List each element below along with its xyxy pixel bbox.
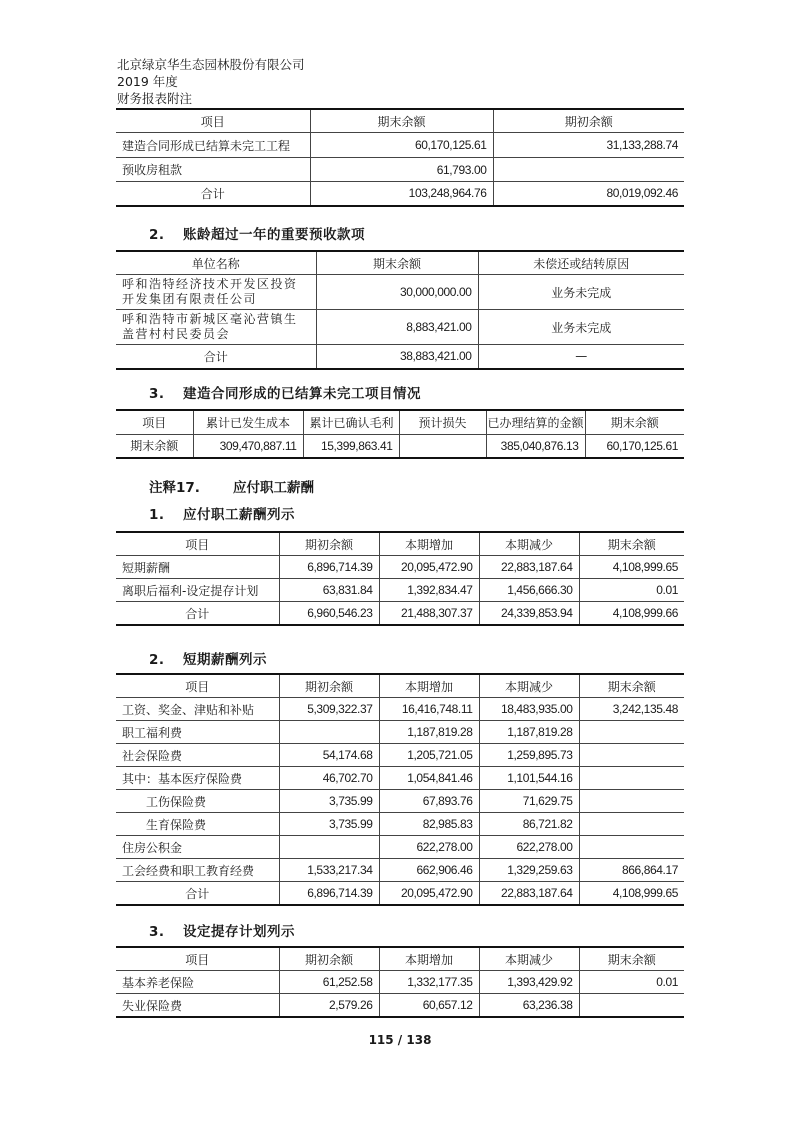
table-row: 基本养老保险 61,252.58 1,332,177.35 1,393,429.…: [116, 971, 684, 994]
table-header-row: 项目 期初余额 本期增加 本期减少 期末余额: [116, 947, 684, 971]
table-row: 期末余额 309,470,887.11 15,399,863.41 385,04…: [116, 434, 684, 458]
cell-value: 1,054,841.46: [379, 767, 479, 790]
short-term-payroll-table: 项目 期初余额 本期增加 本期减少 期末余额 工资、奖金、津贴和补贴 5,309…: [116, 673, 684, 906]
section-number: 1.: [149, 507, 183, 523]
col-header: 本期增加: [379, 674, 479, 698]
cell-value: [399, 434, 486, 458]
section-heading: 3.建造合同形成的已结算未完工项目情况: [149, 382, 421, 402]
table-row: 呼和浩特经济技术开发区投资开发集团有限责任公司 30,000,000.00 业务…: [116, 275, 684, 310]
table-row: 建造合同形成已结算未完工工程 60,170,125.61 31,133,288.…: [116, 133, 684, 158]
cell-value: 38,883,421.00: [316, 345, 478, 369]
cell-value: 2,579.26: [279, 994, 379, 1018]
col-header: 已办理结算的金额: [486, 410, 585, 434]
table-header-row: 项目 期初余额 本期增加 本期减少 期末余额: [116, 532, 684, 556]
col-header: 期初余额: [279, 532, 379, 556]
col-header: 单位名称: [116, 251, 316, 275]
row-label: 其中：基本医疗保险费: [116, 767, 279, 790]
row-label: 社会保险费: [116, 744, 279, 767]
cell-value: 1,205,721.05: [379, 744, 479, 767]
company-name: 北京绿京华生态园林股份有限公司: [117, 57, 305, 73]
cell-value: 5,309,322.37: [279, 698, 379, 721]
table-row: 职工福利费 1,187,819.28 1,187,819.28: [116, 721, 684, 744]
col-header: 期末余额: [585, 410, 684, 434]
cell-value: [579, 744, 684, 767]
cell-value: 业务未完成: [478, 275, 684, 310]
cell-value: 1,259,895.73: [479, 744, 579, 767]
cell-value: 63,236.38: [479, 994, 579, 1018]
row-label: 基本养老保险: [116, 971, 279, 994]
cell-value: 3,735.99: [279, 790, 379, 813]
cell-value: 622,278.00: [479, 836, 579, 859]
cell-value: 6,896,714.39: [279, 882, 379, 906]
table-row: 离职后福利-设定提存计划 63,831.84 1,392,834.47 1,45…: [116, 579, 684, 602]
col-header: 预计损失: [399, 410, 486, 434]
cell-value: 1,187,819.28: [479, 721, 579, 744]
table-row: 预收房租款 61,793.00: [116, 158, 684, 182]
table-row: 短期薪酬 6,896,714.39 20,095,472.90 22,883,1…: [116, 556, 684, 579]
col-header: 期初余额: [493, 109, 684, 133]
document-page: 北京绿京华生态园林股份有限公司 2019 年度 财务报表附注 项目 期末余额 期…: [0, 0, 800, 1130]
col-header: 本期减少: [479, 532, 579, 556]
cell-value: [579, 813, 684, 836]
section-number: 3.: [149, 924, 183, 940]
row-label: 建造合同形成已结算未完工工程: [116, 133, 310, 158]
col-header: 期末余额: [579, 532, 684, 556]
section-heading: 2.账龄超过一年的重要预收款项: [149, 223, 365, 243]
table-header-row: 项目 期末余额 期初余额: [116, 109, 684, 133]
cell-value: 1,329,259.63: [479, 859, 579, 882]
row-label: 合计: [116, 882, 279, 906]
cell-value: 6,896,714.39: [279, 556, 379, 579]
cell-value: 61,252.58: [279, 971, 379, 994]
cell-value: 86,721.82: [479, 813, 579, 836]
cell-value: 22,883,187.64: [479, 882, 579, 906]
cell-value: 8,883,421.00: [316, 310, 478, 345]
cell-value: [579, 836, 684, 859]
cell-value: 6,960,546.23: [279, 602, 379, 626]
cell-value: 1,393,429.92: [479, 971, 579, 994]
col-header: 项目: [116, 109, 310, 133]
col-header: 本期减少: [479, 674, 579, 698]
row-label: 生育保险费: [116, 813, 279, 836]
section-title: 短期薪酬列示: [183, 652, 267, 668]
cell-value: 业务未完成: [478, 310, 684, 345]
page-number: 115 / 138: [0, 1033, 800, 1047]
table-total-row: 合计 38,883,421.00 —: [116, 345, 684, 369]
table-header-row: 项目 累计已发生成本 累计已确认毛利 预计损失 已办理结算的金额 期末余额: [116, 410, 684, 434]
row-label: 合计: [116, 182, 310, 206]
cell-value: 71,629.75: [479, 790, 579, 813]
cell-value: 1,332,177.35: [379, 971, 479, 994]
cell-value: 103,248,964.76: [310, 182, 493, 206]
defined-contribution-table: 项目 期初余额 本期增加 本期减少 期末余额 基本养老保险 61,252.58 …: [116, 946, 684, 1018]
cell-value: 4,108,999.65: [579, 882, 684, 906]
col-header: 本期增加: [379, 532, 479, 556]
cell-value: 4,108,999.65: [579, 556, 684, 579]
cell-value: 24,339,853.94: [479, 602, 579, 626]
cell-value: [279, 836, 379, 859]
cell-value: 1,533,217.34: [279, 859, 379, 882]
section-number: 2.: [149, 652, 183, 668]
col-header: 项目: [116, 532, 279, 556]
cell-value: 20,095,472.90: [379, 556, 479, 579]
cell-value: [579, 721, 684, 744]
table-header-row: 项目 期初余额 本期增加 本期减少 期末余额: [116, 674, 684, 698]
note-title: 应付职工薪酬: [233, 480, 314, 496]
row-label: 合计: [116, 602, 279, 626]
section-heading: 1.应付职工薪酬列示: [149, 503, 295, 523]
row-label: 呼和浩特市新城区毫沁营镇生盖营村村民委员会: [116, 310, 316, 345]
cell-value: 16,416,748.11: [379, 698, 479, 721]
cell-value: 67,893.76: [379, 790, 479, 813]
table-row: 住房公积金 622,278.00 622,278.00: [116, 836, 684, 859]
cell-value: 80,019,092.46: [493, 182, 684, 206]
col-header: 本期增加: [379, 947, 479, 971]
cell-value: 60,170,125.61: [585, 434, 684, 458]
cell-value: [579, 994, 684, 1018]
aged-prepayments-table: 单位名称 期末余额 未偿还或结转原因 呼和浩特经济技术开发区投资开发集团有限责任…: [116, 250, 684, 370]
cell-value: 20,095,472.90: [379, 882, 479, 906]
report-year: 2019 年度: [117, 74, 178, 90]
table-row: 其中：基本医疗保险费 46,702.70 1,054,841.46 1,101,…: [116, 767, 684, 790]
document-title: 财务报表附注: [117, 91, 192, 107]
col-header: 期末余额: [579, 674, 684, 698]
col-header: 期初余额: [279, 947, 379, 971]
row-label: 住房公积金: [116, 836, 279, 859]
section-number: 2.: [149, 227, 183, 243]
table-row: 生育保险费 3,735.99 82,985.83 86,721.82: [116, 813, 684, 836]
section-heading: 2.短期薪酬列示: [149, 648, 267, 668]
cell-value: 46,702.70: [279, 767, 379, 790]
cell-value: 82,985.83: [379, 813, 479, 836]
table-total-row: 合计 6,960,546.23 21,488,307.37 24,339,853…: [116, 602, 684, 626]
cell-value: 63,831.84: [279, 579, 379, 602]
table-row: 工资、奖金、津贴和补贴 5,309,322.37 16,416,748.11 1…: [116, 698, 684, 721]
row-label: 工资、奖金、津贴和补贴: [116, 698, 279, 721]
cell-value: 3,242,135.48: [579, 698, 684, 721]
row-label: 职工福利费: [116, 721, 279, 744]
cell-value: 866,864.17: [579, 859, 684, 882]
cell-value: 309,470,887.11: [193, 434, 303, 458]
cell-value: 1,187,819.28: [379, 721, 479, 744]
cell-value: [493, 158, 684, 182]
row-label: 期末余额: [116, 434, 193, 458]
section-title: 应付职工薪酬列示: [183, 507, 295, 523]
cell-value: 31,133,288.74: [493, 133, 684, 158]
row-label: 短期薪酬: [116, 556, 279, 579]
cell-value: 15,399,863.41: [303, 434, 399, 458]
note-heading: 注释17.应付职工薪酬: [149, 476, 314, 496]
table-total-row: 合计 103,248,964.76 80,019,092.46: [116, 182, 684, 206]
table-row: 呼和浩特市新城区毫沁营镇生盖营村村民委员会 8,883,421.00 业务未完成: [116, 310, 684, 345]
col-header: 未偿还或结转原因: [478, 251, 684, 275]
section-title: 账龄超过一年的重要预收款项: [183, 227, 365, 243]
section-title: 建造合同形成的已结算未完工项目情况: [183, 386, 421, 402]
col-header: 期末余额: [310, 109, 493, 133]
row-label: 离职后福利-设定提存计划: [116, 579, 279, 602]
col-header: 项目: [116, 947, 279, 971]
table-row: 工会经费和职工教育经费 1,533,217.34 662,906.46 1,32…: [116, 859, 684, 882]
col-header: 本期减少: [479, 947, 579, 971]
row-label: 失业保险费: [116, 994, 279, 1018]
row-label: 工会经费和职工教育经费: [116, 859, 279, 882]
cell-value: 385,040,876.13: [486, 434, 585, 458]
row-label: 预收房租款: [116, 158, 310, 182]
cell-value: [579, 790, 684, 813]
cell-value: —: [478, 345, 684, 369]
row-label: 呼和浩特经济技术开发区投资开发集团有限责任公司: [116, 275, 316, 310]
cell-value: 4,108,999.66: [579, 602, 684, 626]
cell-value: 662,906.46: [379, 859, 479, 882]
col-header: 期初余额: [279, 674, 379, 698]
cell-value: [579, 767, 684, 790]
cell-value: 18,483,935.00: [479, 698, 579, 721]
table-header-row: 单位名称 期末余额 未偿还或结转原因: [116, 251, 684, 275]
section-heading: 3.设定提存计划列示: [149, 920, 295, 940]
cell-value: 21,488,307.37: [379, 602, 479, 626]
payroll-table: 项目 期初余额 本期增加 本期减少 期末余额 短期薪酬 6,896,714.39…: [116, 531, 684, 626]
cell-value: 30,000,000.00: [316, 275, 478, 310]
cell-value: 3,735.99: [279, 813, 379, 836]
row-label: 工伤保险费: [116, 790, 279, 813]
cell-value: 60,657.12: [379, 994, 479, 1018]
cell-value: 622,278.00: [379, 836, 479, 859]
col-header: 累计已发生成本: [193, 410, 303, 434]
construction-contract-table: 项目 累计已发生成本 累计已确认毛利 预计损失 已办理结算的金额 期末余额 期末…: [116, 409, 684, 459]
col-header: 项目: [116, 674, 279, 698]
cell-value: [279, 721, 379, 744]
col-header: 项目: [116, 410, 193, 434]
section-number: 3.: [149, 386, 183, 402]
col-header: 期末余额: [579, 947, 684, 971]
table-row: 失业保险费 2,579.26 60,657.12 63,236.38: [116, 994, 684, 1018]
cell-value: 1,456,666.30: [479, 579, 579, 602]
note-number: 注释17.: [149, 476, 233, 496]
col-header: 累计已确认毛利: [303, 410, 399, 434]
cell-value: 1,392,834.47: [379, 579, 479, 602]
cell-value: 60,170,125.61: [310, 133, 493, 158]
col-header: 期末余额: [316, 251, 478, 275]
cell-value: 0.01: [579, 579, 684, 602]
table-total-row: 合计 6,896,714.39 20,095,472.90 22,883,187…: [116, 882, 684, 906]
prepaid-table: 项目 期末余额 期初余额 建造合同形成已结算未完工工程 60,170,125.6…: [116, 108, 684, 207]
cell-value: 0.01: [579, 971, 684, 994]
row-label: 合计: [116, 345, 316, 369]
section-title: 设定提存计划列示: [183, 924, 295, 940]
cell-value: 1,101,544.16: [479, 767, 579, 790]
cell-value: 61,793.00: [310, 158, 493, 182]
cell-value: 22,883,187.64: [479, 556, 579, 579]
table-row: 工伤保险费 3,735.99 67,893.76 71,629.75: [116, 790, 684, 813]
cell-value: 54,174.68: [279, 744, 379, 767]
table-row: 社会保险费 54,174.68 1,205,721.05 1,259,895.7…: [116, 744, 684, 767]
